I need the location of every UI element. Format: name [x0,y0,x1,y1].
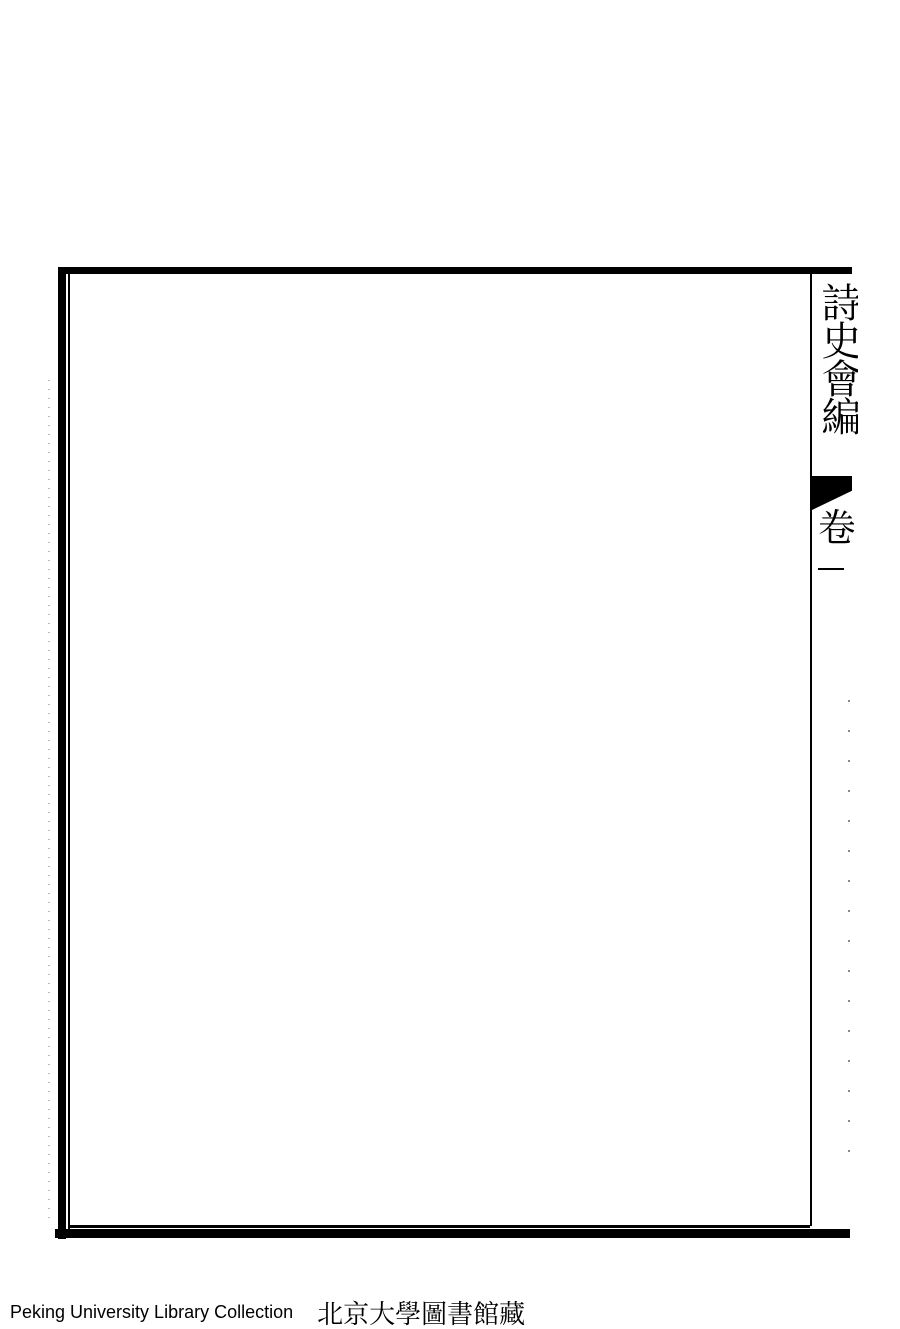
volume-number-stroke [818,568,844,570]
scan-noise [48,380,50,1220]
scan-noise-right [848,700,850,1160]
frame-border-left [58,267,66,1239]
center-strip-title: 詩史會編 [818,282,858,457]
frame-border-bottom [55,1229,850,1238]
collection-label-en: Peking University Library Collection [10,1302,293,1323]
volume-label: 卷 [818,508,854,548]
center-fold-line [810,274,812,1226]
frame-border-top [58,267,852,274]
frame-border-bottom-inner [70,1225,810,1228]
collection-footer: Peking University Library Collection 北京大… [10,1295,525,1329]
collection-label-cn: 北京大學圖書館藏 [317,1294,525,1329]
frame-border-left-inner [68,274,70,1229]
scanned-page: 詩史會編 卷 [0,0,900,1329]
